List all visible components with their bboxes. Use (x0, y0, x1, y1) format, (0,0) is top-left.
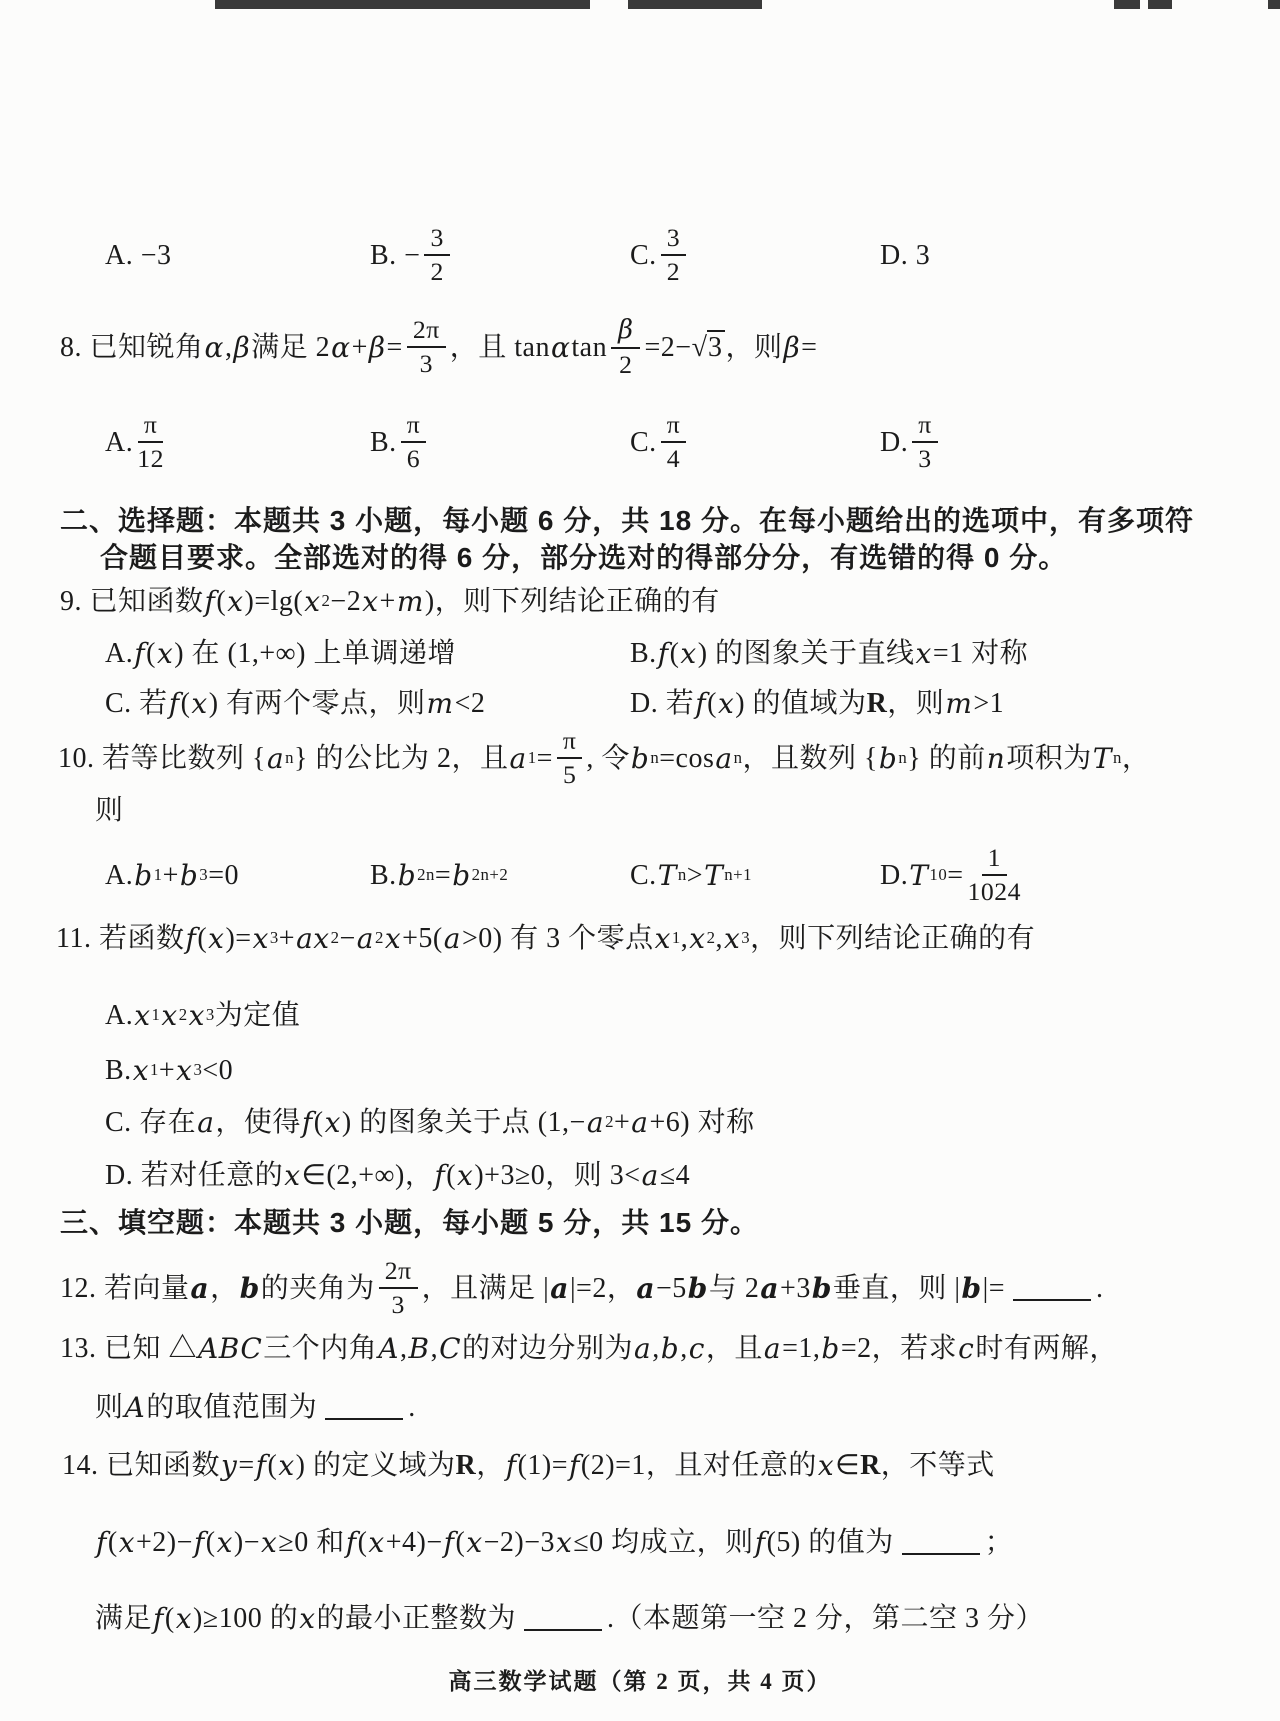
question-8-stem: 8. 已知锐角 α,β 满足 2α+β=2π3，且 tanα tanβ2=2−√… (60, 315, 817, 379)
question-13-line-2: 则 A 的取值范围为. (95, 1375, 416, 1439)
question-14-line-3: 满足 f(x)≥100 的 x 的最小正整数为.（本题第一空 2 分，第二空 3… (95, 1586, 1044, 1650)
question-10-option-c: C. Tn>Tn+1 (630, 843, 752, 907)
question-10-option-b: B. b2n=b2n+2 (370, 843, 508, 907)
exam-page: A. −3 B. −32 C. 32 D. 3 8. 已知锐角 α,β 满足 2… (0, 0, 1280, 1721)
question-8-option-b: B. π6 (370, 410, 430, 474)
question-14-line-2: f(x+2)−f(x)−x≥0 和 f(x+4)−f(x−2)−3x≤0 均成立… (95, 1510, 1013, 1574)
scan-bar (1268, 0, 1280, 9)
question-12-text: 12. 若向量 a，b 的夹角为 2π3，且满足 |a|=2，a−5b 与 2a… (60, 1256, 1104, 1320)
question-8-option-a: A. π12 (105, 410, 168, 474)
question-7-option-c: C. 32 (630, 223, 690, 287)
question-8-option-c: C. π4 (630, 410, 690, 474)
scan-bar (215, 0, 590, 9)
question-8-option-d: D. π3 (880, 410, 942, 474)
question-10-option-d: D. T10=11024 (880, 843, 1025, 907)
question-10-stem-continued: 则 (95, 778, 124, 842)
section-3-header: 三、填空题：本题共 3 小题，每小题 5 分，共 15 分。 (60, 1190, 759, 1254)
question-10-stem: 10. 若等比数列 {an} 的公比为 2，且 a1=π5, 令 bn=cosa… (58, 726, 1150, 790)
question-7-option-a: A. −3 (105, 223, 172, 287)
question-13-line-1: 13. 已知 △ABC 三个内角 A,B,C 的对边分别为 a,b,c，且 a=… (60, 1316, 1118, 1380)
scan-bar (1114, 0, 1140, 9)
scan-bar (1148, 0, 1172, 9)
question-11-stem: 11. 若函数 f(x)=x3+ax2−a2x+5(a>0) 有 3 个零点 x… (56, 906, 1035, 970)
question-14-line-1: 14. 已知函数 y=f(x) 的定义域为 R，f(1)=f(2)=1，且对任意… (62, 1433, 995, 1497)
question-10-option-a: A. b1+b3=0 (105, 843, 239, 907)
question-7-option-b: B. −32 (370, 223, 454, 287)
question-7-option-d: D. 3 (880, 223, 930, 287)
scan-bar (628, 0, 762, 9)
page-footer: 高三数学试题（第 2 页，共 4 页） (0, 1650, 1280, 1714)
